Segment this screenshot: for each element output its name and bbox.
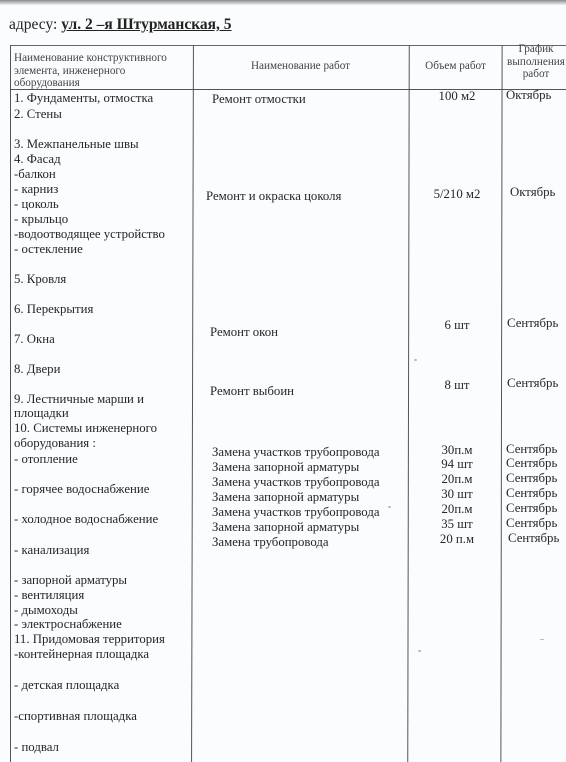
element-item: -водоотводящее устройство [14, 227, 165, 242]
work-schedule: Сентябрь [506, 516, 557, 531]
work-name: Ремонт окон [210, 325, 278, 340]
work-name: Замена участков трубопровода [212, 475, 380, 490]
work-volume: 8 шт [410, 378, 504, 393]
element-item: - цоколь [14, 197, 59, 212]
work-volume: 94 шт [410, 457, 504, 472]
element-item: 2. Стены [14, 107, 62, 122]
work-volume: 30п.м [410, 443, 504, 458]
header-line: оборудования [14, 77, 167, 90]
work-volume: 20 п.м [410, 532, 504, 547]
work-schedule: Сентябрь [506, 486, 557, 501]
element-item: 5. Кровля [14, 272, 66, 287]
work-name: Ремонт отмостки [212, 92, 306, 107]
address-line: адресу: ул. 2 –я Штурманская, 5 [9, 16, 232, 34]
element-item: - остекление [14, 242, 83, 257]
element-item: 4. Фасад [14, 152, 61, 167]
column-divider-1 [191, 45, 194, 762]
work-schedule: Октябрь [506, 88, 551, 103]
element-item: - канализация [14, 543, 89, 558]
work-name: Замена участков трубопровода [212, 445, 380, 460]
element-item: - крыльцо [14, 212, 68, 227]
work-schedule: Октябрь [510, 185, 555, 200]
element-item: - вентиляция [14, 588, 84, 603]
element-item: -контейнерная площадка [14, 647, 149, 662]
element-item: - холодное водоснабжение [14, 512, 158, 527]
element-item: 10. Системы инженерного [14, 421, 157, 436]
element-item: 8. Двери [14, 362, 60, 377]
scan-speck [414, 359, 417, 361]
work-name: Замена запорной арматуры [212, 490, 359, 505]
header-work-name: Наименование работ [193, 60, 408, 73]
work-volume: 5/210 м2 [410, 187, 504, 202]
element-item: - дымоходы [14, 603, 78, 618]
work-name: Ремонт и окраска цоколя [206, 189, 341, 204]
element-item: 7. Окна [14, 332, 55, 347]
element-item: 11. Придомовая территория [14, 632, 165, 647]
header-line: работ [502, 68, 566, 81]
element-item: - карниз [14, 182, 58, 197]
address-label: адресу: [9, 16, 57, 33]
work-schedule: Сентябрь [506, 501, 557, 516]
element-item: -спортивная площадка [14, 709, 137, 724]
header-line: График [502, 43, 566, 56]
work-volume: 30 шт [410, 487, 504, 502]
element-item: - запорной арматуры [14, 573, 127, 588]
header-line: элемента, инженерного [14, 65, 167, 78]
table-left-border [10, 45, 11, 762]
element-item: - детская площадка [14, 678, 119, 693]
element-item: площадки [14, 406, 69, 421]
work-name: Ремонт выбоин [210, 384, 294, 399]
element-item: 9. Лестничные марши и [14, 392, 144, 407]
work-volume: 6 шт [410, 318, 504, 333]
header-line: Объем работ [409, 60, 502, 73]
element-item: - отопление [14, 452, 78, 467]
scan-speck [418, 650, 421, 652]
header-element-name: Наименование конструктивного элемента, и… [14, 52, 167, 90]
scan-speck [540, 639, 544, 640]
element-item: - горячее водоснабжение [14, 482, 149, 497]
work-volume: 100 м2 [410, 89, 504, 104]
work-schedule: Сентябрь [507, 376, 558, 391]
scan-top-edge [0, 0, 566, 5]
work-schedule: Сентябрь [506, 456, 557, 471]
header-line: Наименование работ [193, 60, 408, 73]
work-name: Замена участков трубопровода [212, 505, 380, 520]
element-item: - подвал [14, 740, 59, 755]
work-schedule: Сентябрь [506, 442, 557, 457]
work-volume: 20п.м [410, 472, 504, 487]
work-volume: 20п.м [410, 502, 504, 517]
element-item: 3. Межпанельные швы [14, 137, 139, 152]
header-schedule: График выполнения работ [502, 43, 566, 81]
header-line: выполнения [502, 56, 566, 69]
column-divider-3 [500, 45, 502, 762]
element-item: 1. Фундаменты, отмостка [14, 91, 153, 106]
work-name: Замена запорной арматуры [212, 460, 359, 475]
header-volume: Объем работ [409, 60, 502, 73]
work-name: Замена трубопровода [212, 535, 329, 550]
table-top-border [10, 45, 566, 46]
element-item: -балкон [14, 167, 56, 182]
element-item: оборудования : [14, 436, 96, 451]
work-schedule: Сентябрь [506, 471, 557, 486]
work-volume: 35 шт [410, 517, 504, 532]
element-item: - электроснабжение [14, 617, 122, 632]
work-schedule: Сентябрь [508, 531, 559, 546]
work-name: Замена запорной арматуры [212, 520, 359, 535]
column-divider-2 [407, 45, 410, 762]
work-schedule: Сентябрь [507, 316, 558, 331]
scan-speck [388, 506, 391, 508]
address-value: ул. 2 –я Штурманская, 5 [61, 16, 231, 33]
element-item: 6. Перекрытия [14, 302, 93, 317]
header-line: Наименование конструктивного [14, 52, 167, 65]
